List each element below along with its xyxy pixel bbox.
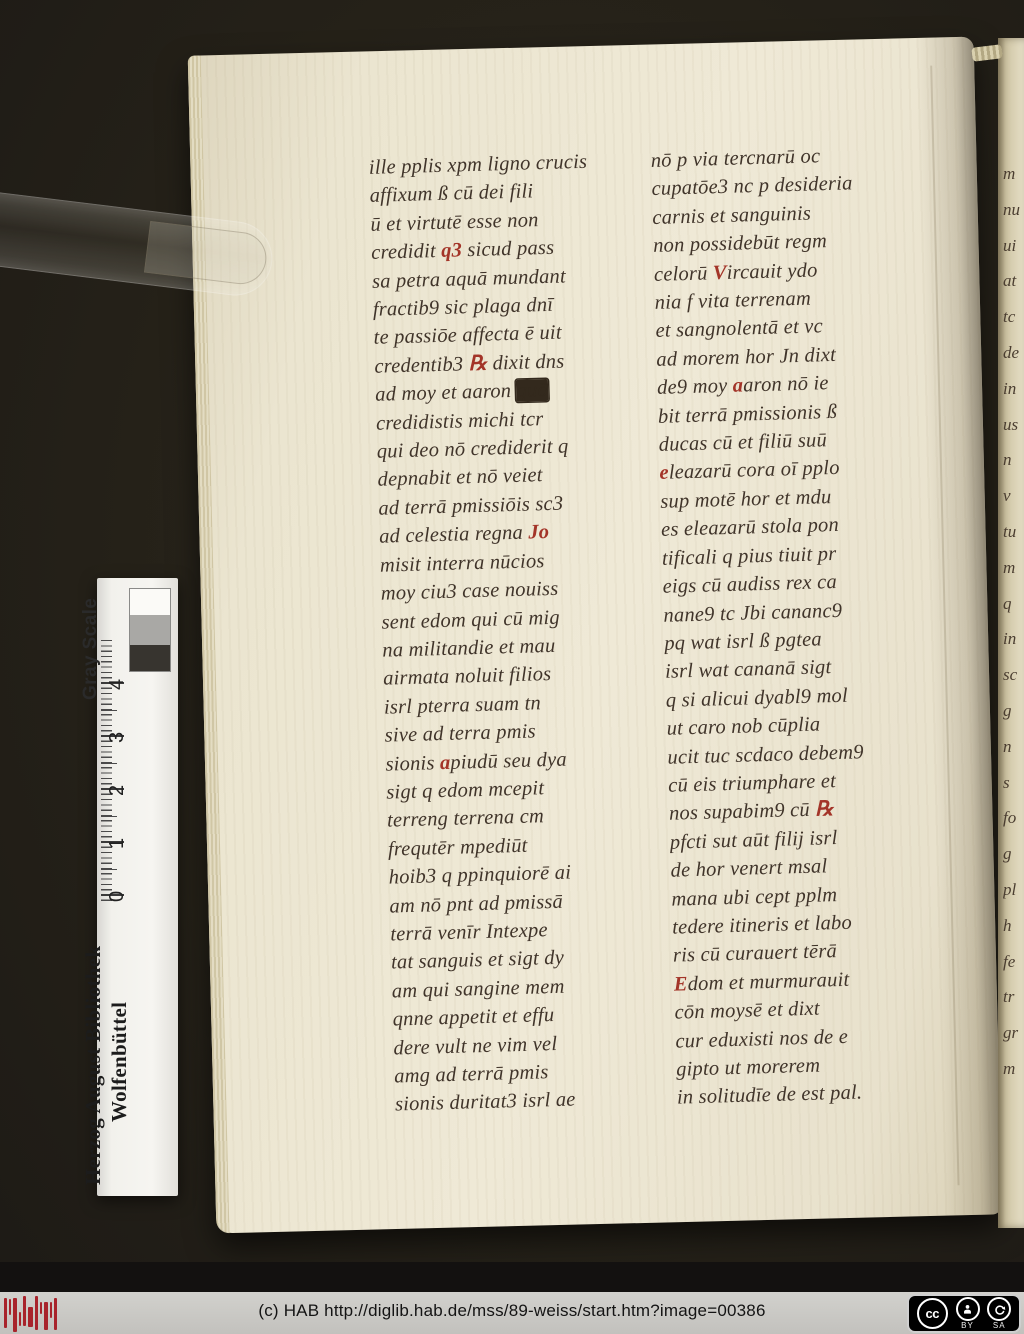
facing-line-fragment: h (1003, 908, 1024, 944)
rubric-mark: ℞ (815, 798, 834, 821)
facing-line-fragment: in (1003, 371, 1024, 407)
ruler-number: 2 (105, 784, 129, 795)
facing-line-fragment: us (1003, 407, 1024, 443)
cc-by-group: BY (956, 1297, 980, 1330)
footer-bar: (c) HAB http://diglib.hab.de/mss/89-weis… (0, 1292, 1024, 1334)
gray-swatch (130, 645, 170, 671)
ruler-half-tick (101, 816, 117, 818)
ruler-number: 1 (105, 837, 129, 848)
scan-viewport: ille pplis xpm ligno crucisaffixum ß cū … (0, 0, 1024, 1334)
facing-line-fragment: n (1003, 442, 1024, 478)
facing-line-fragment: s (1003, 765, 1024, 801)
ruler-half-tick (101, 869, 117, 871)
facing-line-fragment: v (1003, 478, 1024, 514)
manuscript-page: ille pplis xpm ligno crucisaffixum ß cū … (188, 37, 1003, 1234)
cc-by-label: BY (961, 1322, 974, 1330)
rubric-mark: a (732, 375, 743, 397)
cc-sa-label: SA (993, 1322, 1006, 1330)
facing-line-fragment: q (1003, 586, 1024, 622)
facing-line-fragment: m (1003, 550, 1024, 586)
facing-page-edge: mnuuiattcdeinusnvtumqinscgnsfogplhfetrgr… (998, 38, 1024, 1228)
facing-line-fragment: tc (1003, 299, 1024, 335)
facing-line-fragment: pl (1003, 872, 1024, 908)
grayscale-label: Gray Scale (79, 598, 103, 700)
facing-line-fragment: de (1003, 335, 1024, 371)
facing-line-fragment: sc (1003, 657, 1024, 693)
cc-license-badge[interactable]: cc BY SA (907, 1294, 1021, 1333)
right-text-column: nō p via tercnarū occupatōe3 nc p deside… (650, 139, 949, 1112)
cc-by-person-icon (956, 1297, 980, 1321)
facing-line-fragment: fo (1003, 800, 1024, 836)
ruler-half-tick (101, 710, 117, 712)
facing-line-fragment: tu (1003, 514, 1024, 550)
facing-line-fragment: g (1003, 693, 1024, 729)
facing-line-fragment: ui (1003, 228, 1024, 264)
ruler-number: 0 (105, 890, 129, 901)
facing-line-fragment: m (1003, 156, 1024, 192)
facing-line-fragment: at (1003, 263, 1024, 299)
facing-line-fragment: fe (1003, 944, 1024, 980)
cc-logo-icon: cc (917, 1298, 948, 1329)
facing-line-fragment: m (1003, 1051, 1024, 1087)
rubric-mark: V (713, 262, 727, 284)
ruler-half-tick (101, 763, 117, 765)
ruler-number: 3 (105, 731, 129, 742)
institution-name-line1: Herzog August Bibliothek (81, 946, 105, 1185)
gray-swatch (130, 589, 170, 615)
grayscale-calibration-bar: Gray Scale 43210 Herzog August Bibliothe… (97, 578, 178, 1196)
left-text-column: ille pplis xpm ligno crucisaffixum ß cū … (368, 146, 667, 1119)
bottom-black-band (0, 1262, 1024, 1292)
rubric-mark: ℞ (468, 352, 487, 375)
grayscale-swatches (129, 588, 171, 672)
rubric-mark: Jo (528, 521, 550, 544)
facing-line-fragment: in (1003, 621, 1024, 657)
institution-name-line2: Wolfenbüttel (107, 1002, 131, 1122)
rubric-mark: a (440, 751, 451, 773)
facing-line-fragment: nu (1003, 192, 1024, 228)
cc-sa-arrow-icon (987, 1297, 1011, 1321)
rubric-mark: E (673, 973, 687, 995)
gray-swatch (130, 615, 170, 645)
ruler-number: 4 (105, 678, 129, 689)
struck-out-word: quō (516, 379, 548, 402)
facing-line-fragment: g (1003, 836, 1024, 872)
facing-line-fragment: gr (1003, 1015, 1024, 1051)
copyright-url-text: (c) HAB http://diglib.hab.de/mss/89-weis… (0, 1301, 1024, 1321)
facing-line-fragment: n (1003, 729, 1024, 765)
facing-page-text-fragments: mnuuiattcdeinusnvtumqinscgnsfogplhfetrgr… (1003, 156, 1024, 1168)
rubric-mark: q3 (441, 240, 463, 263)
facing-line-fragment: tr (1003, 979, 1024, 1015)
cc-sa-group: SA (987, 1297, 1011, 1330)
